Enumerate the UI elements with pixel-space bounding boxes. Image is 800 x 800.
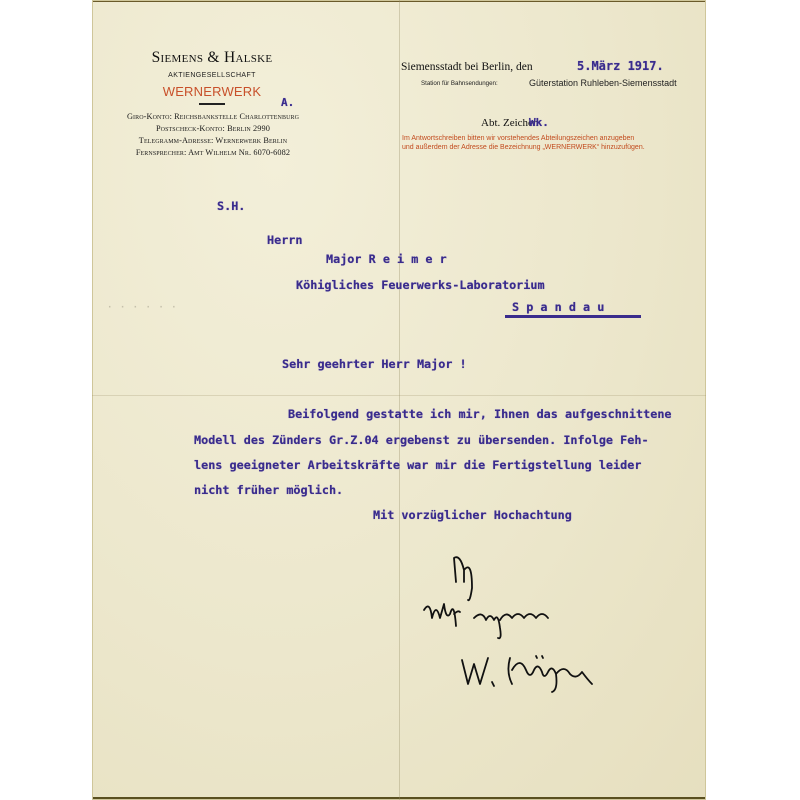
body-line-3: lens geeigneter Arbeitskräfte war mir di… [194, 458, 641, 472]
place-line: Siemensstadt bei Berlin, den [401, 61, 533, 73]
body-line-1: Beifolgend gestatte ich mir, Ihnen das a… [288, 407, 672, 421]
signature-icon [402, 540, 622, 700]
show-through-text: · · · · · · [107, 303, 178, 313]
recipient-city: S p a n d a u [512, 300, 604, 314]
body-line-4: nicht früher möglich. [194, 483, 343, 497]
address-salutation: Herrn [267, 233, 303, 247]
division-name: WERNERWERK [117, 84, 307, 99]
vertical-fold-line [399, 0, 400, 800]
station-label: Station für Bahnsendungen: [421, 80, 498, 87]
recipient-name: Major R e i m e r [326, 252, 447, 266]
fernsprecher: Fernsprecher: Amt Wilhelm Nr. 6070-6082 [100, 148, 326, 157]
reference-initials: S.H. [217, 199, 245, 213]
reply-notice: Im Antwortschreiben bitten wir vorstehen… [402, 135, 645, 152]
recipient-institution: Köhigliches Feuerwerks-Laboratorium [296, 278, 545, 292]
company-name: Siemens & Halske [117, 49, 307, 67]
stamp-mark-a: A. [281, 96, 294, 109]
handwritten-signature [402, 540, 622, 705]
company-type: AKTIENGESELLSCHAFT [117, 72, 307, 79]
horizontal-fold-line [92, 395, 706, 396]
closing: Mit vorzüglicher Hochachtung [373, 508, 572, 522]
letterhead-rule [199, 103, 225, 105]
postscheck-konto: Postscheck-Konto: Berlin 2990 [100, 124, 326, 133]
abt-zeichen-value: Wk. [529, 116, 549, 129]
reply-notice-line-1: Im Antwortschreiben bitten wir vorstehen… [402, 135, 645, 144]
telegramm-adresse: Telegramm-Adresse: Wernerwerk Berlin [100, 136, 326, 145]
giro-konto: Giro-Konto: Reichsbankstelle Charlottenb… [100, 112, 326, 121]
city-underline [505, 315, 641, 318]
greeting: Sehr geehrter Herr Major ! [282, 357, 467, 371]
body-line-2: Modell des Zünders Gr.Z.04 ergebenst zu … [194, 433, 649, 447]
station-name: Güterstation Ruhleben-Siemensstadt [529, 78, 677, 88]
reply-notice-line-2: und außerdem der Adresse die Bezeichnung… [402, 144, 645, 153]
letter-date: 5.März 1917. [577, 59, 664, 73]
letter-paper: Siemens & Halske AKTIENGESELLSCHAFT WERN… [92, 0, 706, 800]
